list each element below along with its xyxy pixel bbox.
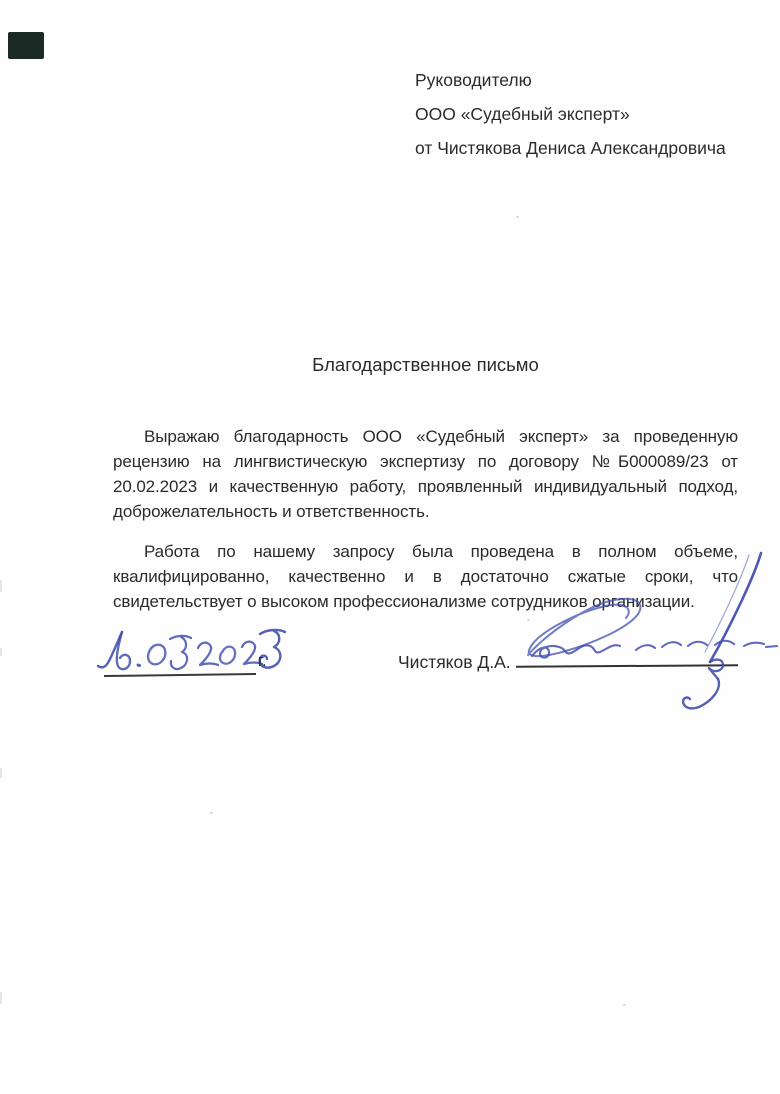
paragraph-gratitude: Выражаю благодарность ООО «Судебный эксп… [113,424,738,524]
scan-speck [623,1004,626,1006]
paragraph-line: 20.02.2023 и качественную работу, проявл… [113,474,738,499]
scan-edge-artifact [0,580,2,592]
scan-speck [210,812,213,814]
sender-name: от Чистякова Дениса Александровича [415,138,726,158]
scan-edge-artifact [0,768,2,778]
signature-ink [508,546,780,718]
letter-title: Благодарственное письмо [113,352,738,378]
recipient-role: Руководителю [415,70,726,90]
paragraph-line: доброжелательность и ответственность. [113,499,738,524]
scan-speck [516,216,519,218]
signer-name-label: Чистяков Д.А. [398,652,511,673]
scan-corner-artifact [8,32,44,59]
date-suffix-label: г. [258,652,267,671]
paragraph-line: Выражаю благодарность ООО «Судебный эксп… [113,424,738,449]
scan-edge-artifact [0,648,2,656]
paragraph-line: рецензию на лингвистическую экспертизу п… [113,449,738,474]
scan-edge-artifact [0,992,2,1004]
recipient-block: Руководителю ООО «Судебный эксперт» от Ч… [415,70,726,172]
recipient-company: ООО «Судебный эксперт» [415,104,726,124]
scanned-letter-page: Руководителю ООО «Судебный эксперт» от Ч… [0,0,780,1094]
